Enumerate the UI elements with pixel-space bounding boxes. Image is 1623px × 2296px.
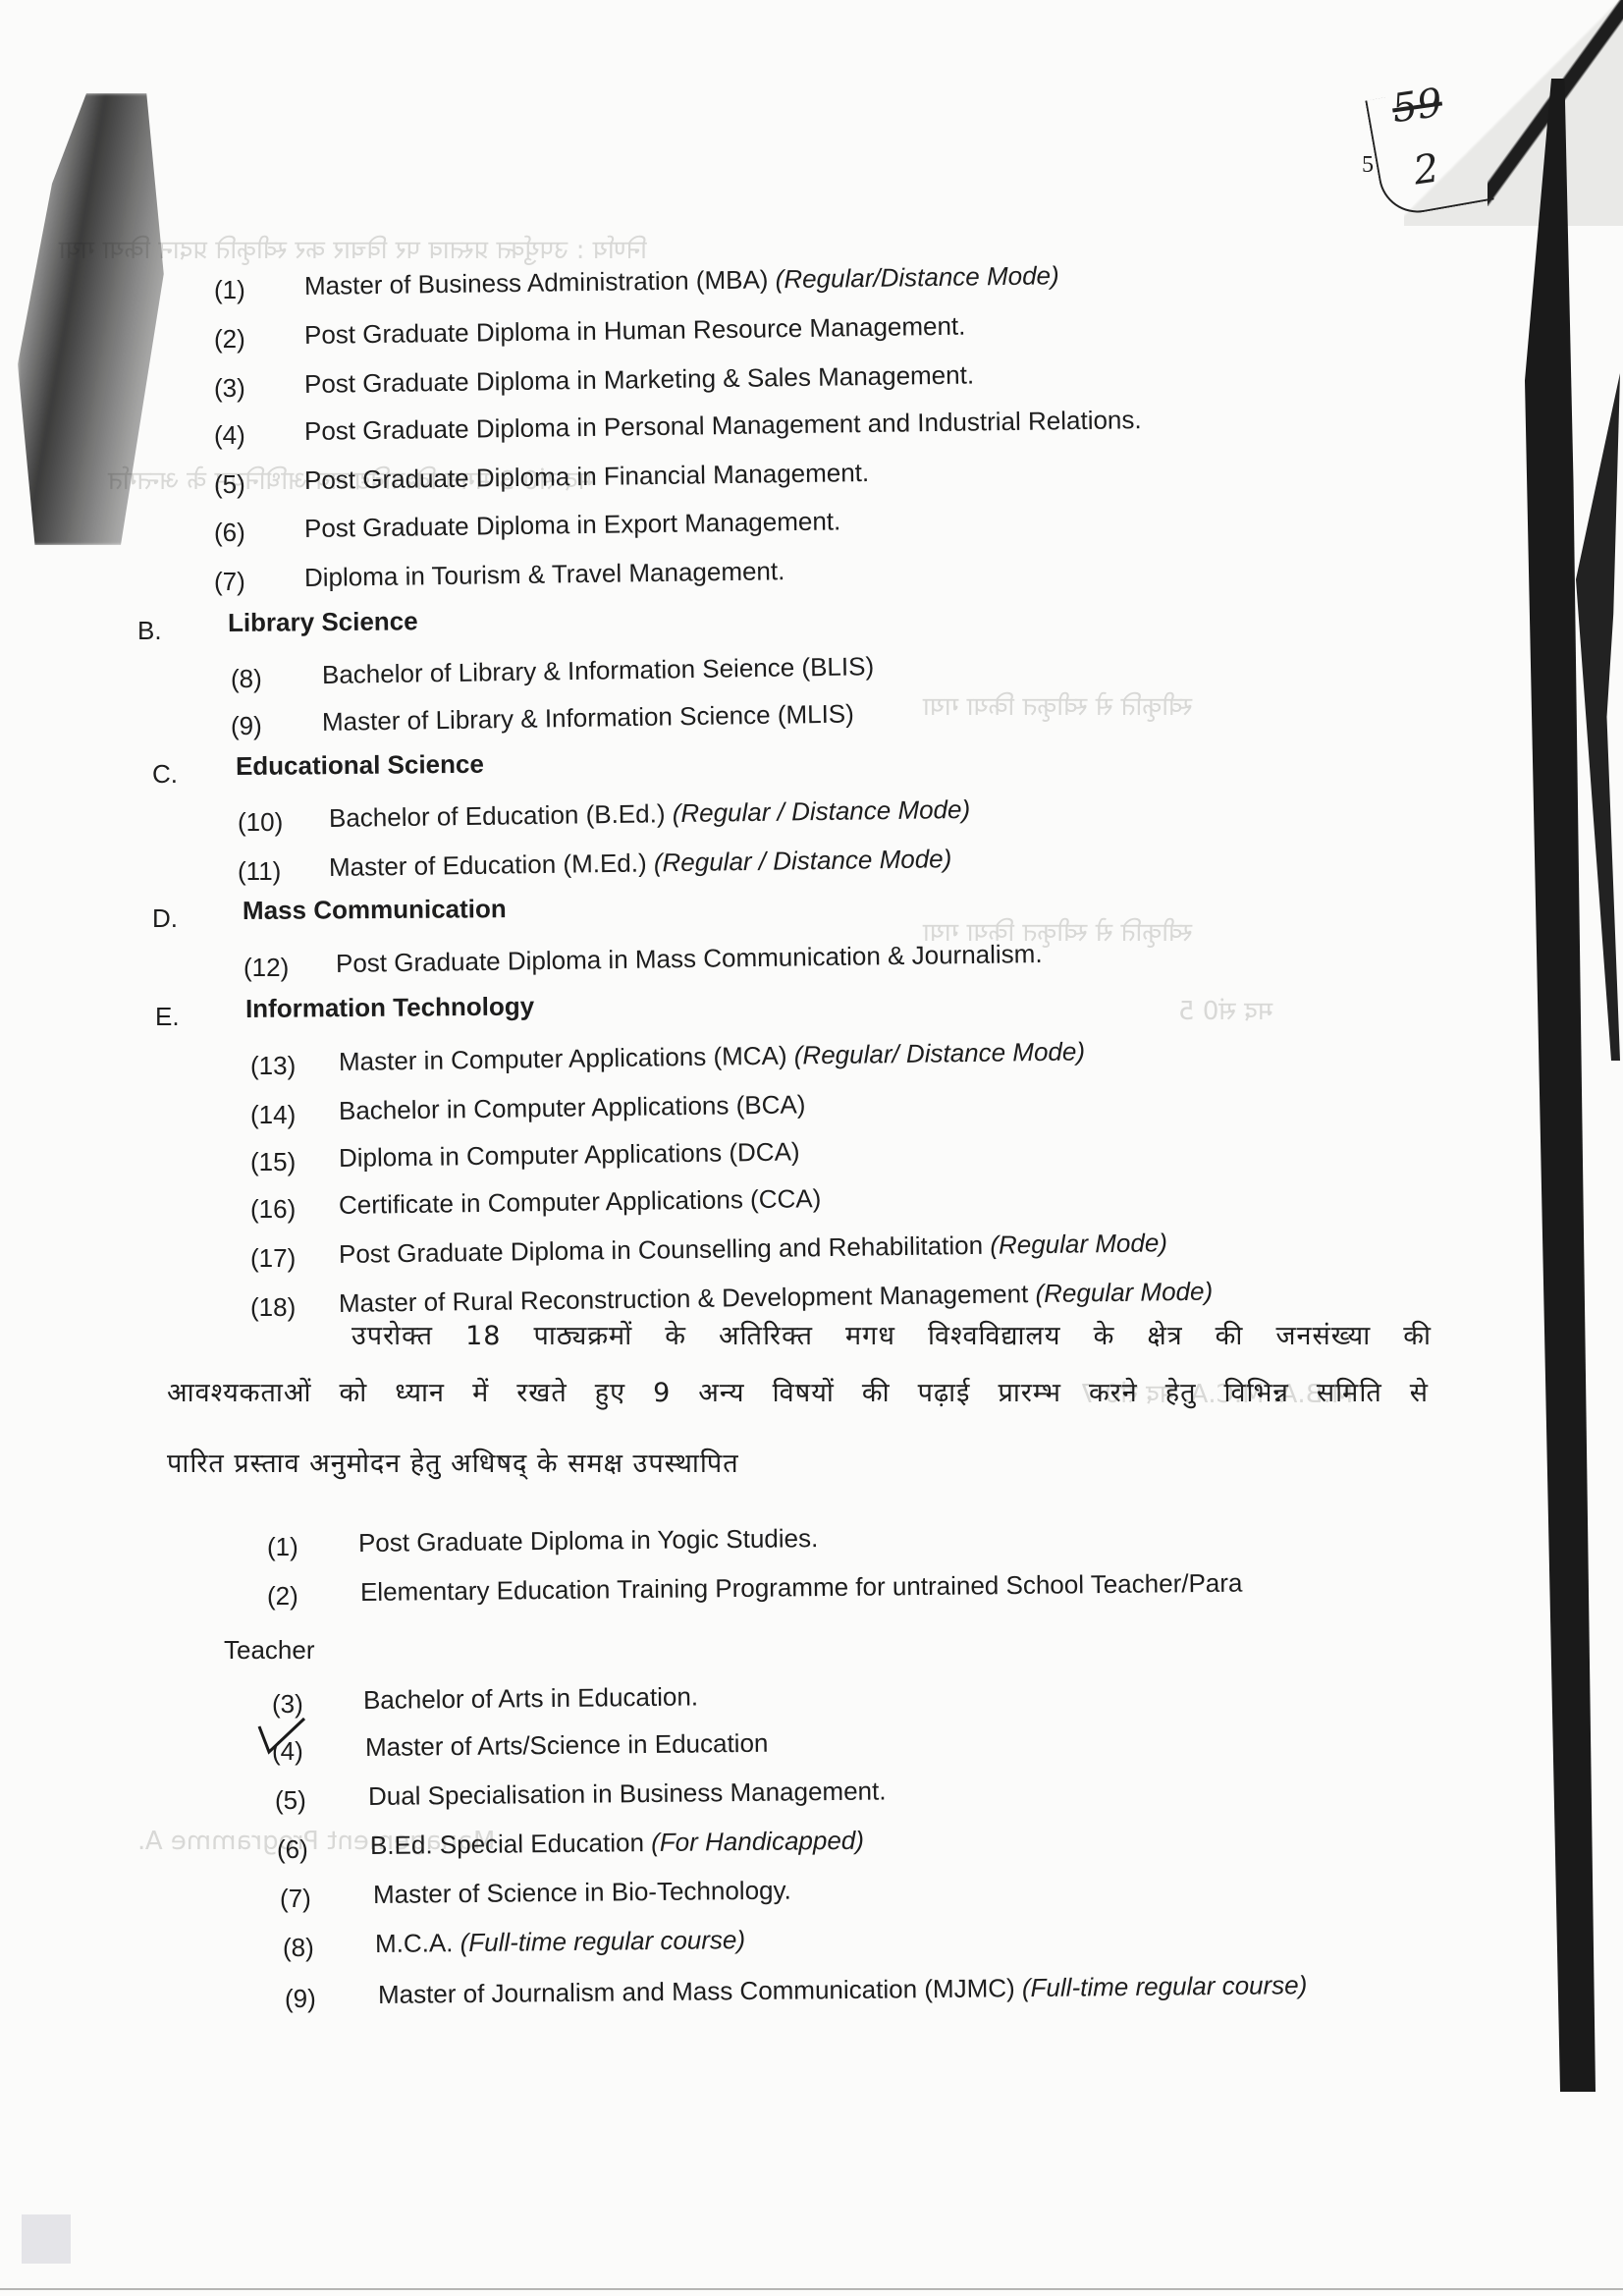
section-letter: C.: [152, 759, 178, 790]
list-item: Master of Science in Bio-Technology.: [373, 1876, 791, 1910]
list-item: Post Graduate Diploma in Yogic Studies.: [358, 1523, 819, 1558]
course-mode: (Regular Mode): [1035, 1277, 1213, 1309]
course-name: Bachelor of Library & Information Seienc…: [322, 651, 875, 689]
list-item-number: (3): [214, 373, 245, 404]
list-item: Dual Specialisation in Business Manageme…: [368, 1776, 887, 1812]
course-name: Master of Business Administration (MBA): [304, 264, 776, 301]
list-item-number: (17): [250, 1243, 296, 1274]
list-item-number: (14): [250, 1100, 296, 1130]
list-item-number: (12): [243, 953, 289, 983]
list-item-number: (18): [250, 1292, 296, 1323]
course-name: Master of Journalism and Mass Communicat…: [378, 1973, 1022, 2009]
page-bottom-edge: [0, 2288, 1623, 2290]
handwritten-checkmark-icon: [257, 1717, 306, 1756]
course-mode: (Regular/Distance Mode): [775, 260, 1058, 294]
list-item: Elementary Education Training Programme …: [360, 1568, 1243, 1608]
list-item-continuation: Teacher: [224, 1635, 315, 1666]
list-item-number: (2): [267, 1581, 298, 1612]
course-name: Bachelor in Computer Applications (BCA): [339, 1089, 806, 1125]
course-name: Post Graduate Diploma in Personal Manage…: [304, 405, 1142, 446]
hindi-paragraph-line: आवश्यकताओं को ध्यान में रखते हुए 9 अन्य …: [167, 1373, 1429, 1409]
list-item-number: (6): [214, 518, 245, 548]
section-heading: Educational Science: [236, 749, 484, 782]
list-item: B.Ed. Special Education (For Handicapped…: [370, 1826, 864, 1861]
list-item-number: (5): [275, 1785, 306, 1816]
course-name: Post Graduate Diploma in Human Resource …: [304, 311, 966, 350]
bleed-through-text: मद सं0 5: [1178, 992, 1273, 1027]
course-name: Post Graduate Diploma in Marketing & Sal…: [304, 359, 974, 399]
list-item: Bachelor of Education (B.Ed.) (Regular /…: [329, 794, 971, 834]
handwritten-struck-number: 59: [1389, 81, 1445, 133]
list-item: Bachelor of Arts in Education.: [363, 1681, 698, 1716]
course-mode: (Full-time regular course): [1022, 1970, 1308, 2002]
course-name: Bachelor of Education (B.Ed.): [329, 798, 673, 833]
course-name: Diploma in Tourism & Travel Management.: [304, 556, 785, 592]
course-name: Master of Science in Bio-Technology.: [373, 1876, 791, 1909]
list-item: Post Graduate Diploma in Marketing & Sal…: [304, 359, 974, 400]
list-item-number: (9): [231, 711, 262, 741]
course-name: Certificate in Computer Applications (CC…: [339, 1183, 822, 1220]
section-heading: Information Technology: [245, 991, 534, 1024]
list-item-number: (7): [214, 567, 245, 597]
list-item: Post Graduate Diploma in Human Resource …: [304, 311, 966, 351]
list-item: M.C.A. (Full-time regular course): [375, 1925, 745, 1959]
course-name: Master in Computer Applications (MCA): [339, 1041, 794, 1076]
section-heading: Mass Communication: [243, 894, 507, 926]
course-name: Diploma in Computer Applications (DCA): [339, 1136, 800, 1173]
course-mode: (Regular Mode): [990, 1228, 1167, 1260]
list-item: Bachelor of Library & Information Seienc…: [322, 651, 875, 690]
list-item: Master of Business Administration (MBA) …: [304, 260, 1059, 301]
course-name: Dual Specialisation in Business Manageme…: [368, 1776, 887, 1811]
list-item-number: (5): [214, 469, 245, 500]
hindi-paragraph-line: उपरोक्त 18 पाठ्यक्रमों के अतिरिक्त मगध व…: [352, 1316, 1432, 1352]
course-mode: (For Handicapped): [651, 1826, 864, 1857]
list-item: Master of Rural Reconstruction & Develop…: [339, 1277, 1214, 1319]
section-heading: Library Science: [228, 606, 418, 638]
course-name: Master of Library & Information Science …: [322, 698, 854, 737]
list-item-number: (13): [250, 1051, 296, 1081]
list-item-number: (8): [231, 664, 262, 694]
list-item-number: (3): [272, 1689, 303, 1720]
section-letter: D.: [152, 903, 178, 934]
course-mode: (Regular/ Distance Mode): [794, 1036, 1086, 1069]
list-item: Post Graduate Diploma in Export Manageme…: [304, 506, 841, 544]
list-item-number: (8): [283, 1933, 314, 1963]
course-mode: (Regular / Distance Mode): [654, 844, 952, 877]
section-letter: B.: [137, 616, 162, 646]
list-item-number: (15): [250, 1147, 296, 1177]
list-item: Diploma in Tourism & Travel Management.: [304, 556, 785, 593]
course-name: Post Graduate Diploma in Yogic Studies.: [358, 1523, 819, 1558]
list-item-number: (9): [285, 1984, 316, 2014]
list-item: Post Graduate Diploma in Financial Manag…: [304, 458, 870, 496]
list-item-number: (16): [250, 1194, 296, 1225]
list-item-number: (6): [277, 1834, 308, 1865]
list-item: Post Graduate Diploma in Personal Manage…: [304, 405, 1142, 447]
list-item: Master in Computer Applications (MCA) (R…: [339, 1036, 1085, 1077]
page-number: 5: [1362, 152, 1374, 179]
list-item-number: (11): [238, 856, 281, 887]
bleed-through-text: स्वीकृति से स्वीकृत किया गया: [923, 687, 1193, 723]
course-name: Master of Rural Reconstruction & Develop…: [339, 1279, 1036, 1318]
section-letter: E.: [155, 1002, 180, 1032]
course-name: Master of Education (M.Ed.): [329, 847, 654, 882]
course-name: M.C.A.: [375, 1928, 460, 1958]
list-item-number: (7): [280, 1884, 311, 1914]
list-item-number: (4): [214, 420, 245, 451]
course-name: Post Graduate Diploma in Counselling and…: [339, 1230, 991, 1269]
course-name: Bachelor of Arts in Education.: [363, 1681, 698, 1715]
hindi-paragraph-line: पारित प्रस्ताव अनुमोदन हेतु अधिषद् के सम…: [167, 1444, 739, 1480]
list-item: Master of Education (M.Ed.) (Regular / D…: [329, 844, 952, 883]
list-item-number: (10): [238, 807, 283, 838]
list-item: Master of Arts/Science in Education: [365, 1728, 769, 1763]
list-item: Post Graduate Diploma in Counselling and…: [339, 1228, 1167, 1270]
course-name: Post Graduate Diploma in Mass Communicat…: [336, 939, 1043, 978]
list-item: Master of Journalism and Mass Communicat…: [378, 1970, 1308, 2010]
list-item-number: (1): [267, 1532, 298, 1562]
course-mode: (Regular / Distance Mode): [672, 794, 970, 828]
list-item: Diploma in Computer Applications (DCA): [339, 1136, 800, 1174]
list-item: Post Graduate Diploma in Mass Communicat…: [336, 939, 1043, 979]
course-mode: (Full-time regular course): [460, 1925, 746, 1957]
list-item: Certificate in Computer Applications (CC…: [339, 1183, 822, 1221]
course-name: Post Graduate Diploma in Export Manageme…: [304, 506, 841, 543]
scan-shadow-bar: [1576, 373, 1620, 1061]
list-item-number: (1): [214, 275, 245, 305]
list-item: Bachelor in Computer Applications (BCA): [339, 1089, 806, 1126]
course-name: Master of Arts/Science in Education: [365, 1728, 769, 1762]
scan-shadow-bar: [1525, 79, 1613, 2092]
scan-corner-mark: [22, 2214, 71, 2264]
course-name: B.Ed. Special Education: [370, 1828, 651, 1860]
course-name: Elementary Education Training Programme …: [360, 1568, 1243, 1607]
list-item: Master of Library & Information Science …: [322, 698, 854, 738]
scanned-document-page: निर्णय : उपर्युक्त प्रस्ताव पर विचार कर …: [0, 0, 1623, 2296]
list-item-number: (2): [214, 324, 245, 355]
